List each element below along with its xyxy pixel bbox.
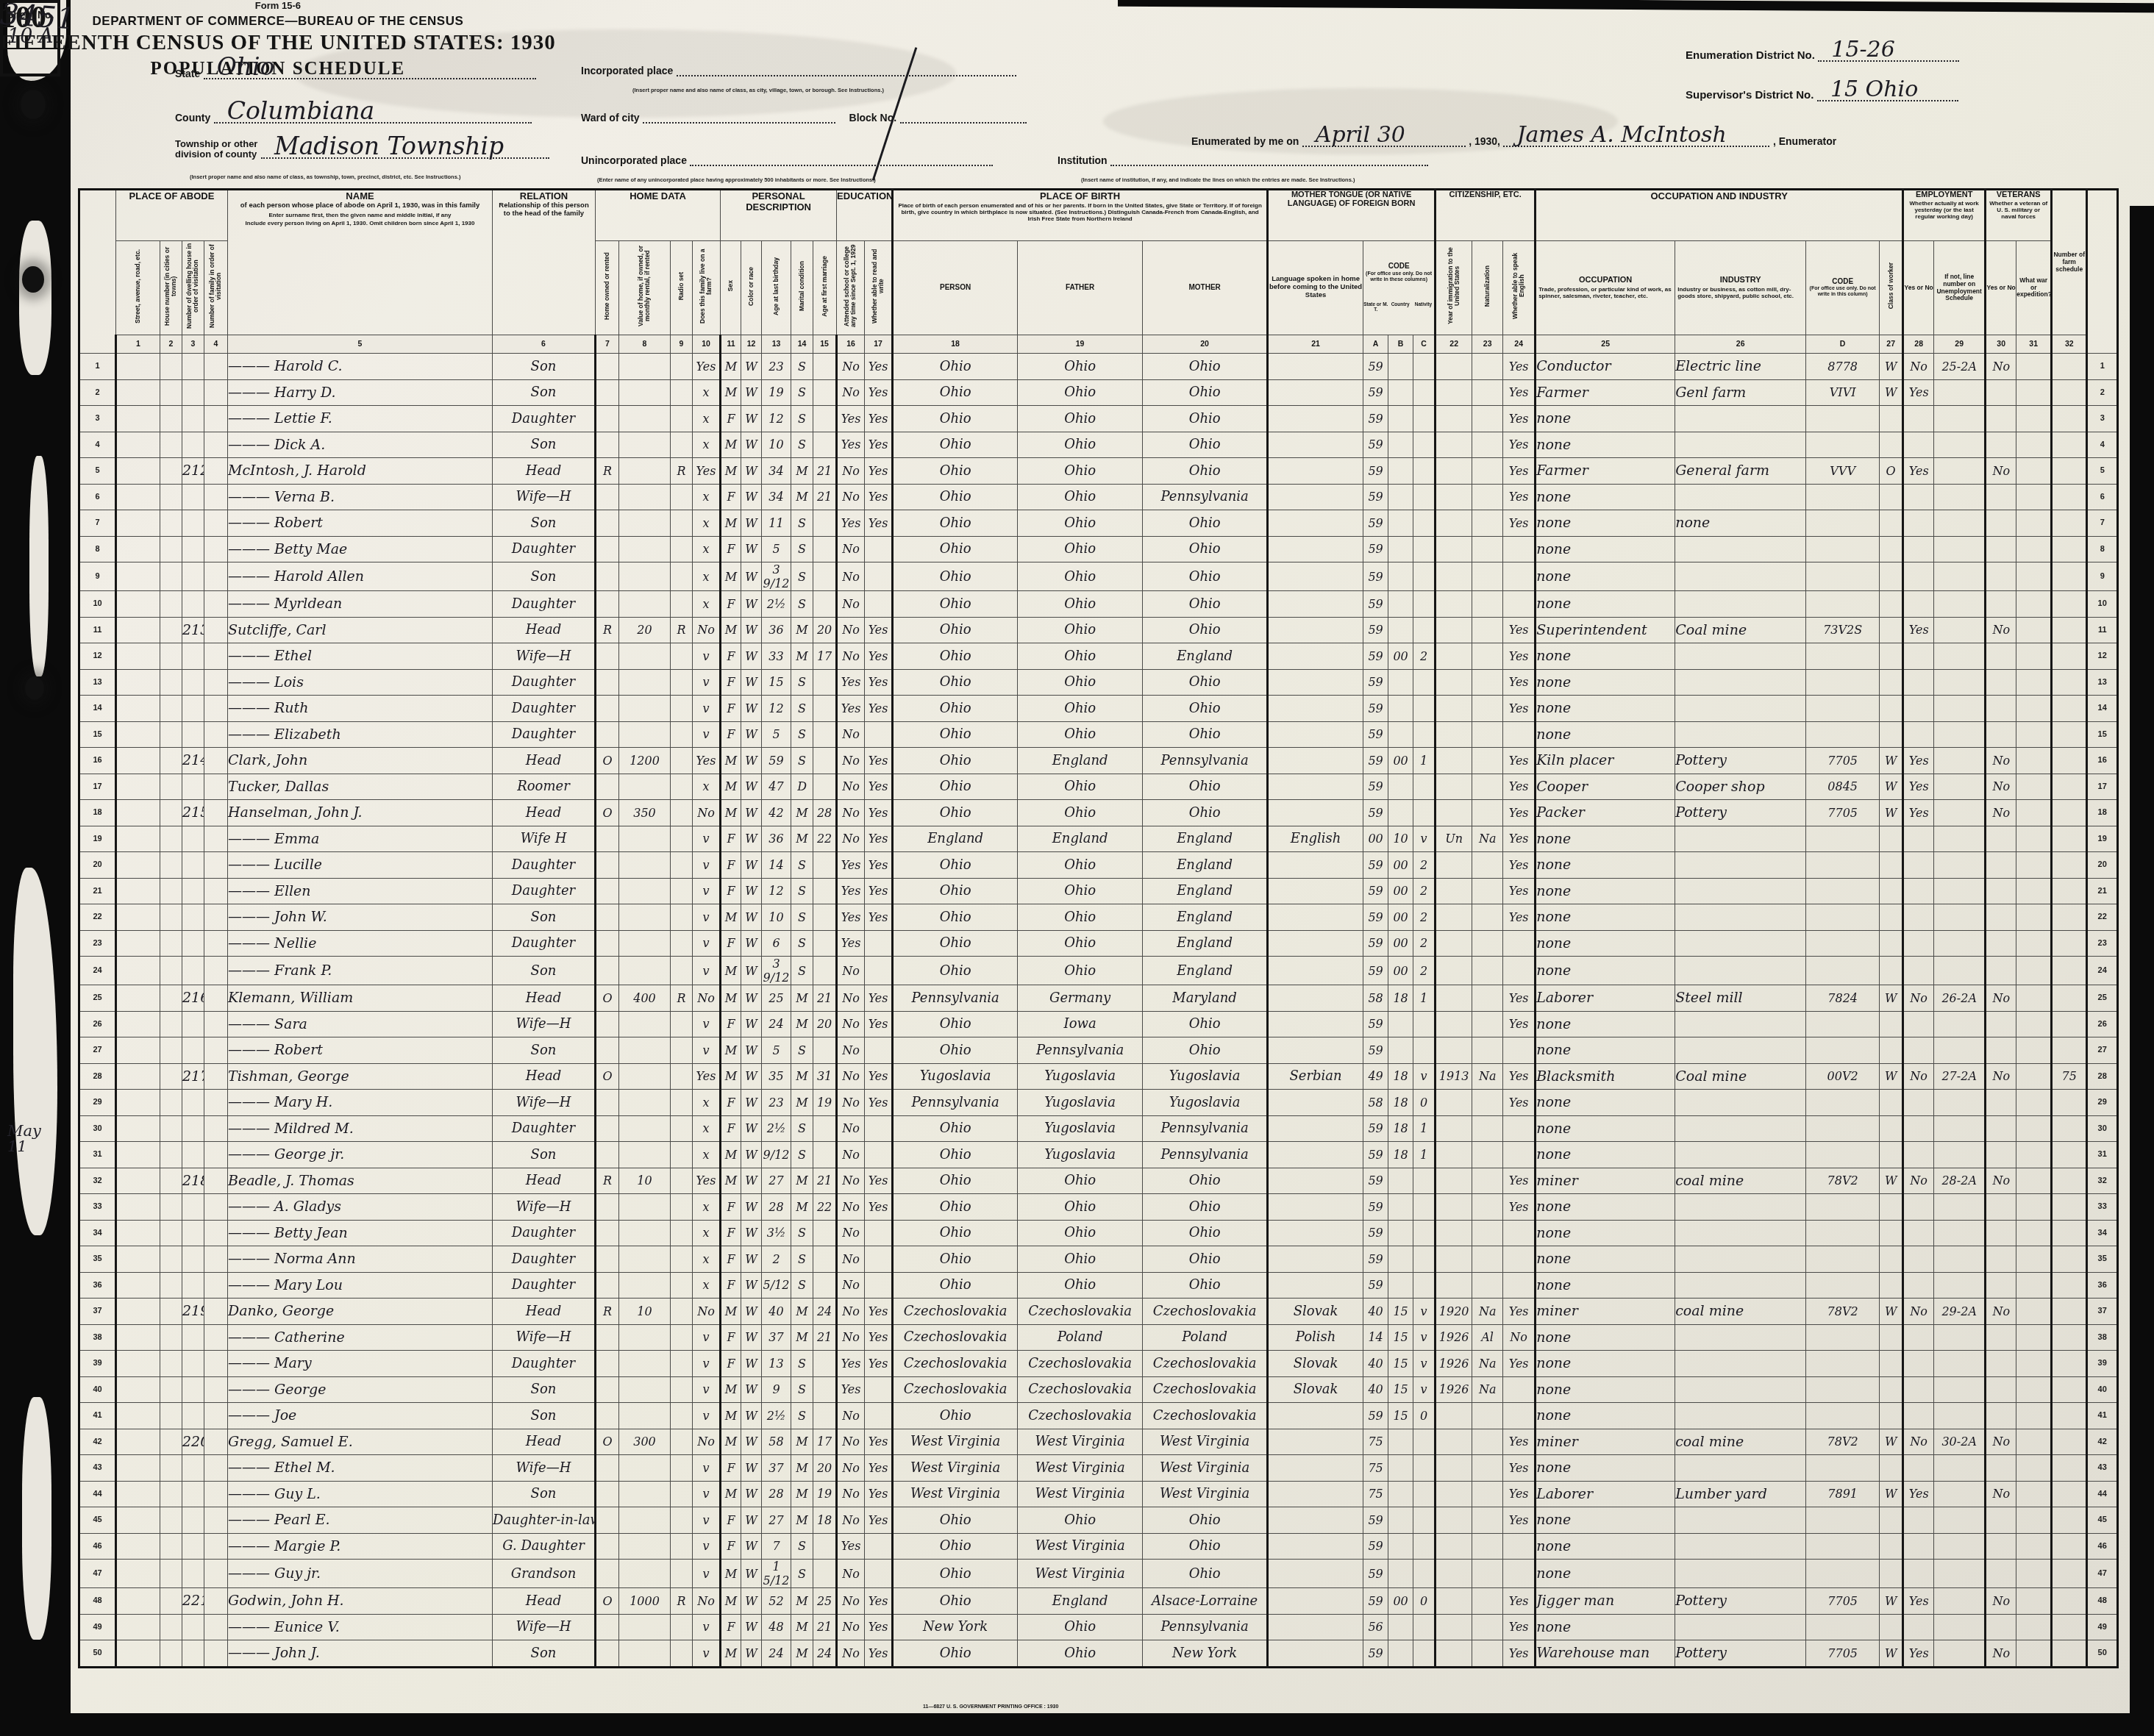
cell-ind [1675,1614,1806,1640]
cell-bpP: Ohio [893,458,1018,485]
cell-ind: none [1675,510,1806,537]
cell-cD: VVV [1806,458,1880,485]
cell-name: ——— Mary H. [228,1090,493,1116]
cell-wk: No [1903,985,1934,1012]
cell-sex: M [721,1037,741,1064]
column-number: 25 [1536,335,1675,354]
cell-bpM: Ohio [1143,721,1268,748]
census-title: FIFTEENTH CENSUS OF THE UNITED STATES: 1… [0,31,556,55]
cell-own: O [596,1588,619,1615]
cell-sch: No [837,562,865,591]
cell-st [116,696,160,722]
cell-hn [160,1011,182,1037]
cell-sch: No [837,1090,865,1116]
cell-ind: Genl farm [1675,379,1806,406]
cell-cC: 1 [1413,1115,1436,1142]
cell-bpM: Ohio [1143,1011,1268,1037]
cell-dw [182,1272,204,1299]
cell-cD [1806,1507,1880,1534]
cell-ul [1934,406,1986,432]
cell-sex: M [721,904,741,931]
line-number-right: 21 [2087,878,2118,904]
cell-nat: Na [1472,826,1503,852]
cell-val [619,1533,671,1560]
cell-race: W [741,1090,762,1116]
cell-occ: none [1536,1090,1675,1116]
line-number: 16 [79,748,116,774]
cell-nat [1472,379,1503,406]
cell-rel: Head [493,1588,596,1615]
cell-race: W [741,432,762,458]
cell-nat [1472,721,1503,748]
cell-fam [204,432,228,458]
cell-ul [1934,904,1986,931]
cell-hn [160,510,182,537]
cell-bpP: Ohio [893,484,1018,510]
cell-bpP: Ohio [893,748,1018,774]
cell-fam [204,510,228,537]
cell-cw [1880,696,1903,722]
line-number: 4 [79,432,116,458]
cell-cD [1806,1142,1880,1168]
cell-own [596,1220,619,1246]
cell-rw: Yes [865,774,893,800]
cell-afm [813,1351,837,1377]
cell-eng [1503,930,1536,957]
cell-rel: Daughter [493,878,596,904]
cell-ind: Pottery [1675,748,1806,774]
line-number-right: 18 [2087,800,2118,826]
cell-age: 23 [762,354,791,380]
cell-name: Gregg, Samuel E. [228,1429,493,1455]
cell-own [596,1246,619,1273]
cell-war [2016,800,2052,826]
cell-ind [1675,1142,1806,1168]
cell-sch: No [837,536,865,562]
cell-cD [1806,510,1880,537]
cell-cA: 00 [1363,826,1388,852]
cell-fs [2052,379,2087,406]
cell-race: W [741,1614,762,1640]
cell-rw [865,721,893,748]
cell-eng [1503,1272,1536,1299]
cell-farm: v [693,878,721,904]
cell-cB [1388,1429,1413,1455]
cell-fs [2052,826,2087,852]
cell-rw: Yes [865,1090,893,1116]
cell-sex: F [721,696,741,722]
cell-st [116,1351,160,1377]
cell-st [116,1640,160,1668]
cell-war [2016,406,2052,432]
cell-val: 10 [619,1168,671,1194]
cell-hn [160,458,182,485]
cell-afm [813,904,837,931]
cell-farm: No [693,800,721,826]
cell-dw [182,1246,204,1273]
cell-bpF: Czechoslovakia [1018,1376,1143,1403]
cell-lang [1268,617,1363,643]
cell-cA: 59 [1363,536,1388,562]
cell-mar: M [791,1324,813,1351]
cell-cw [1880,1560,1903,1588]
cell-fs [2052,1588,2087,1615]
cell-cC [1413,354,1436,380]
cell-lang [1268,669,1363,696]
cell-fam [204,852,228,879]
block-label: Block No. [849,112,897,124]
cell-race: W [741,774,762,800]
cell-name: Hanselman, John J. [228,800,493,826]
cell-sch: No [837,1063,865,1090]
cell-lang [1268,1533,1363,1560]
cell-bpM: Ohio [1143,591,1268,618]
cell-afm [813,1246,837,1273]
cell-mar: S [791,379,813,406]
cell-rad [671,562,693,591]
cell-rel: Son [493,354,596,380]
cell-war [2016,1588,2052,1615]
cell-ul [1934,591,1986,618]
cell-sex: M [721,458,741,485]
sd-value: 15 Ohio [1817,81,1958,101]
cell-cD [1806,1560,1880,1588]
cell-cD [1806,643,1880,670]
table-row: 11213Sutcliffe, CarlHeadR20RNoMW36M20NoY… [79,617,2118,643]
cell-rw [865,1220,893,1246]
cell-rad [671,1090,693,1116]
cell-ul [1934,957,1986,985]
cell-eng: Yes [1503,904,1536,931]
cell-cD [1806,930,1880,957]
cell-ul: 26-2A [1934,985,1986,1012]
cell-fs [2052,1455,2087,1482]
cell-cB [1388,774,1413,800]
cell-ul: 30-2A [1934,1429,1986,1455]
cell-bpM: Ohio [1143,562,1268,591]
cell-dw [182,1455,204,1482]
cell-bpF: Yugoslavia [1018,1115,1143,1142]
cell-cB: 00 [1388,643,1413,670]
cell-ind [1675,1560,1806,1588]
table-row: 19——— EmmaWife HvFW36M22NoYesEnglandEngl… [79,826,2118,852]
cell-lang [1268,510,1363,537]
cell-dw [182,904,204,931]
cell-ul [1934,748,1986,774]
cell-mar: S [791,354,813,380]
unincorporated-label: Unincorporated place [581,154,687,166]
cell-farm: x [693,379,721,406]
cell-cA: 59 [1363,591,1388,618]
cell-sch: No [837,1324,865,1351]
cell-occ: none [1536,1272,1675,1299]
cell-dw [182,669,204,696]
cell-cC: v [1413,1299,1436,1325]
cell-own [596,1640,619,1668]
unincorporated-note: (Enter name of any unincorporated place … [597,176,1053,183]
cell-race: W [741,800,762,826]
cell-imm [1436,510,1472,537]
cell-nat: Al [1472,1324,1503,1351]
cell-val [619,406,671,432]
cell-cw [1880,1533,1903,1560]
cell-bpF: Ohio [1018,510,1143,537]
cell-mar: S [791,721,813,748]
cell-fs: 75 [2052,1063,2087,1090]
cell-war [2016,957,2052,985]
cell-afm [813,1272,837,1299]
cell-dw [182,696,204,722]
cell-name: ——— Ruth [228,696,493,722]
cell-afm: 21 [813,1168,837,1194]
cell-imm [1436,1481,1472,1507]
cell-own [596,1194,619,1221]
cell-age: 2½ [762,591,791,618]
column-number: 5 [228,335,493,354]
cell-cC [1413,1429,1436,1455]
cell-cD [1806,1011,1880,1037]
cell-bpF: West Virginia [1018,1533,1143,1560]
cell-age: 12 [762,696,791,722]
cell-bpM: Ohio [1143,1220,1268,1246]
cell-fam [204,1507,228,1534]
line-number: 8 [79,536,116,562]
cell-age: 10 [762,432,791,458]
line-number: 7 [79,510,116,537]
cell-sch: No [837,1142,865,1168]
cell-ind [1675,1351,1806,1377]
cell-ul [1934,852,1986,879]
cell-val [619,852,671,879]
cell-sch: No [837,1168,865,1194]
line-number-right: 20 [2087,852,2118,879]
cell-eng [1503,536,1536,562]
cell-imm [1436,1429,1472,1455]
cell-rw: Yes [865,458,893,485]
cell-rad [671,1011,693,1037]
cell-val: 10 [619,1299,671,1325]
column-number: 14 [791,335,813,354]
cell-war [2016,878,2052,904]
cell-rad [671,774,693,800]
hole-punch [22,266,44,293]
table-row: 14——— RuthDaughtervFW12SYesYesOhioOhioOh… [79,696,2118,722]
cell-wk: Yes [1903,617,1934,643]
table-row: 2——— Harry D.SonxMW19SNoYesOhioOhioOhio5… [79,379,2118,406]
cell-dw [182,826,204,852]
cell-fam [204,562,228,591]
enumerator-name: James A. McIntosh [1503,126,1769,147]
cell-vet [1986,957,2016,985]
cell-sch: Yes [837,510,865,537]
cell-own [596,536,619,562]
cell-mar: S [791,878,813,904]
cell-lang [1268,957,1363,985]
table-row: 21——— EllenDaughtervFW12SYesYesOhioOhioE… [79,878,2118,904]
cell-val [619,354,671,380]
cell-occ: none [1536,591,1675,618]
col-age: Age at last birthday [762,241,791,335]
cell-war [2016,617,2052,643]
township-field: Township or otherdivision of county Madi… [175,137,549,159]
cell-nat: Na [1472,1299,1503,1325]
cell-hn [160,406,182,432]
cell-eng: Yes [1503,1011,1536,1037]
cell-bpM: New York [1143,1640,1268,1668]
film-tear [19,221,51,375]
cell-lang [1268,748,1363,774]
cell-bpM: Czechoslovakia [1143,1376,1268,1403]
cell-cB [1388,800,1413,826]
cell-rel: Head [493,458,596,485]
column-number: 6 [493,335,596,354]
cell-cA: 59 [1363,484,1388,510]
cell-bpP: Ohio [893,1194,1018,1221]
cell-age: 1 5/12 [762,1560,791,1588]
cell-eng: Yes [1503,354,1536,380]
cell-sex: F [721,878,741,904]
group-education: EDUCATION [837,190,893,241]
cell-cC: 1 [1413,748,1436,774]
cell-val [619,458,671,485]
cell-wk [1903,1324,1934,1351]
cell-dw: 212 [182,458,204,485]
cell-fam [204,1403,228,1429]
cell-occ: Packer [1536,800,1675,826]
cell-afm [813,354,837,380]
cell-bpF: Ohio [1018,774,1143,800]
cell-cw: W [1880,774,1903,800]
cell-cD [1806,904,1880,931]
cell-mar: M [791,1640,813,1668]
cell-rw: Yes [865,354,893,380]
cell-rw: Yes [865,643,893,670]
cell-race: W [741,669,762,696]
cell-afm [813,406,837,432]
cell-fam [204,1220,228,1246]
table-row: 26——— SaraWife—HvFW24M20NoYesOhioIowaOhi… [79,1011,2118,1037]
cell-mar: M [791,484,813,510]
cell-cD: 00V2 [1806,1063,1880,1090]
cell-lang: Slovak [1268,1299,1363,1325]
cell-bpM: Ohio [1143,1194,1268,1221]
cell-race: W [741,1403,762,1429]
cell-st [116,721,160,748]
line-number: 19 [79,826,116,852]
cell-rad [671,1246,693,1273]
line-number-right: 24 [2087,957,2118,985]
cell-nat [1472,458,1503,485]
cell-rw [865,1037,893,1064]
cell-cA: 59 [1363,878,1388,904]
cell-bpP: Ohio [893,1640,1018,1668]
cell-race: W [741,562,762,591]
cell-ind: General farm [1675,458,1806,485]
cell-bpM: England [1143,957,1268,985]
cell-dw [182,930,204,957]
cell-dw [182,774,204,800]
cell-wk [1903,510,1934,537]
sd-label: Supervisor's District No. [1686,89,1814,101]
institution-value [1110,163,1428,166]
cell-dw [182,1403,204,1429]
cell-lang [1268,643,1363,670]
cell-hn [160,1403,182,1429]
cell-own [596,484,619,510]
cell-hn [160,1037,182,1064]
cell-age: 47 [762,774,791,800]
col-unemployment-line: If not, line number on Unemployment Sche… [1934,241,1986,335]
cell-sex: F [721,1115,741,1142]
col-language: Language spoken in home before coming to… [1268,241,1363,335]
cell-ul [1934,930,1986,957]
line-number-right: 13 [2087,669,2118,696]
cell-farm: x [693,484,721,510]
cell-war [2016,1090,2052,1116]
cell-own [596,1115,619,1142]
cell-eng: Yes [1503,852,1536,879]
cell-dw [182,878,204,904]
col-home-value: Value of home, if owned, or monthly rent… [619,241,671,335]
cell-mar: S [791,1246,813,1273]
cell-fam [204,643,228,670]
cell-afm: 28 [813,800,837,826]
cell-sch: Yes [837,669,865,696]
cell-bpP: Ohio [893,1246,1018,1273]
cell-sex: M [721,774,741,800]
cell-farm: x [693,406,721,432]
cell-war [2016,1324,2052,1351]
cell-rad [671,669,693,696]
cell-wk [1903,1403,1934,1429]
cell-fam [204,1090,228,1116]
cell-imm [1436,1507,1472,1534]
cell-nat [1472,536,1503,562]
table-body: 1——— Harold C.SonYesMW23SNoYesOhioOhioOh… [79,354,2118,1668]
cell-rad [671,826,693,852]
cell-cC: 2 [1413,878,1436,904]
cell-sex: M [721,1142,741,1168]
cell-sch: No [837,1588,865,1615]
cell-lang [1268,458,1363,485]
cell-afm: 21 [813,1324,837,1351]
cell-bpF: Ohio [1018,800,1143,826]
column-number: 26 [1675,335,1806,354]
cell-val [619,591,671,618]
cell-ul [1934,1090,1986,1116]
cell-mar: S [791,904,813,931]
cell-age: 42 [762,800,791,826]
cell-ul: 29-2A [1934,1299,1986,1325]
line-number-right: 49 [2087,1614,2118,1640]
cell-cA: 59 [1363,774,1388,800]
cell-occ: none [1536,1115,1675,1142]
cell-fam [204,1272,228,1299]
cell-sex: F [721,1533,741,1560]
cell-wk [1903,1560,1934,1588]
cell-sch: Yes [837,904,865,931]
cell-occ: none [1536,1376,1675,1403]
table-row: 45——— Pearl E.Daughter-in-lawvFW27M18NoY… [79,1507,2118,1534]
cell-hn [160,643,182,670]
cell-cC [1413,1037,1436,1064]
cell-ind [1675,1246,1806,1273]
enumerated-label: Enumerated by me on [1191,135,1299,147]
cell-sex: F [721,536,741,562]
cell-bpP: Ohio [893,354,1018,380]
cell-cB [1388,484,1413,510]
col-industry: INDUSTRY Industry or business, as cotton… [1675,241,1806,335]
